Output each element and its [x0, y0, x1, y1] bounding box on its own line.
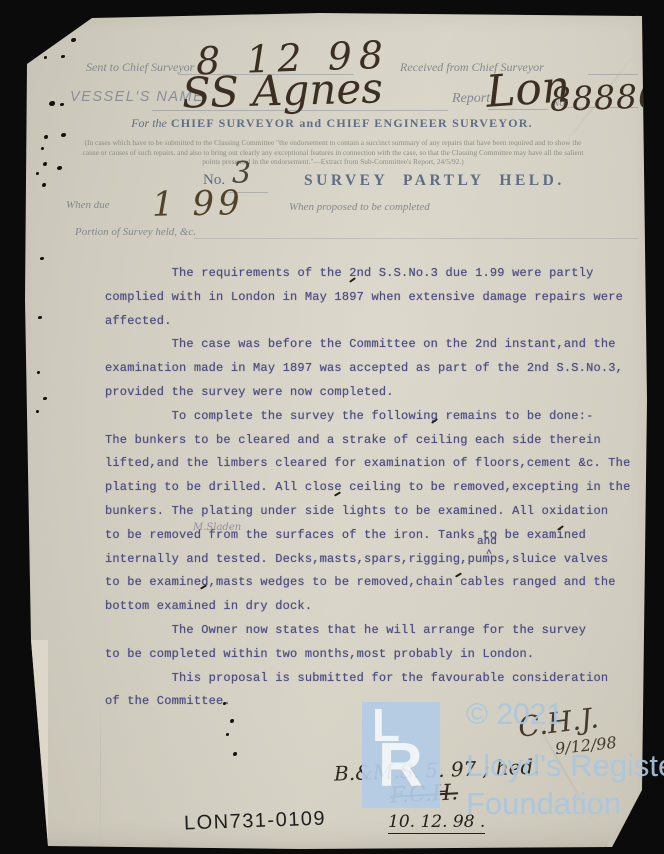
ink-spot — [71, 38, 76, 42]
proposed-completion-label: When proposed to be completed — [289, 201, 430, 213]
ink-spot — [226, 733, 229, 736]
watermark-foundation: Foundation — [466, 786, 621, 822]
ink-spot — [44, 135, 48, 139]
ink-spot — [37, 371, 40, 374]
body-paragraph: To complete the survey the following rem… — [105, 405, 645, 619]
ink-spot — [233, 752, 237, 756]
vessel-name-handwriting: SS Agnes — [181, 63, 383, 117]
classing-committee-fineprint: (In cases which have to be submitted to … — [80, 138, 586, 167]
body-paragraph: The Owner now states that he will arrang… — [105, 619, 645, 667]
ink-spot — [44, 56, 47, 59]
paper-sheet: Sent to Chief Surveyor Received from Chi… — [0, 0, 664, 854]
report-label: Report — [452, 91, 490, 107]
ink-spot — [57, 166, 62, 170]
ink-spot — [42, 183, 46, 187]
insert-caret: ^ — [486, 549, 492, 560]
for-the-prefix: For the — [131, 116, 167, 130]
ink-spot — [61, 133, 66, 137]
ink-spot — [40, 257, 44, 260]
ink-spot — [41, 147, 44, 150]
ink-spot — [60, 103, 64, 106]
when-due-label: When due — [66, 199, 110, 211]
for-chief-surveyor-text: CHIEF SURVEYOR and CHIEF ENGINEER SURVEY… — [171, 116, 533, 130]
received-line — [588, 74, 638, 75]
ink-spot — [230, 719, 234, 723]
survey-partly-held-title: SURVEY PARTLY HELD. — [304, 172, 565, 190]
ink-spot — [49, 101, 55, 106]
ink-spot — [43, 397, 47, 400]
body-paragraph: The case was before the Committee on the… — [105, 333, 645, 404]
report-number-handwriting: 88886 — [549, 76, 660, 119]
logo-letter-r: R — [378, 730, 423, 801]
archive-reference-number: LON731-0109 — [184, 808, 327, 836]
for-chief-surveyor-line: For the CHIEF SURVEYOR and CHIEF ENGINEE… — [0, 114, 664, 132]
body-paragraph: The requirements of the 2nd S.S.No.3 due… — [105, 262, 645, 333]
inserted-word-and: and — [477, 536, 497, 548]
ink-spot — [38, 316, 42, 319]
ink-spot — [61, 55, 65, 58]
pencil-annotation: M.Sladen — [193, 522, 241, 533]
paper-crease — [100, 690, 101, 850]
torn-edge — [28, 640, 48, 848]
portion-of-survey-label: Portion of Survey held, &c. — [75, 226, 196, 238]
scanned-survey-document: Sent to Chief Surveyor Received from Chi… — [0, 0, 664, 854]
lloyds-register-logo: L R — [362, 702, 440, 808]
ink-blob — [24, 712, 37, 727]
typed-body: The requirements of the 2nd S.S.No.3 due… — [105, 262, 645, 714]
ink-spot — [36, 410, 39, 413]
watermark-lloyds-register: Lloyd's Register — [466, 748, 664, 784]
ink-spot — [43, 162, 47, 166]
when-due-handwriting: 1 99 — [152, 183, 244, 225]
sent-to-label: Sent to Chief Surveyor — [86, 60, 194, 75]
ink-spot — [36, 172, 39, 175]
watermark-copyright: © 2021 — [466, 698, 563, 732]
portion-line — [194, 238, 638, 239]
